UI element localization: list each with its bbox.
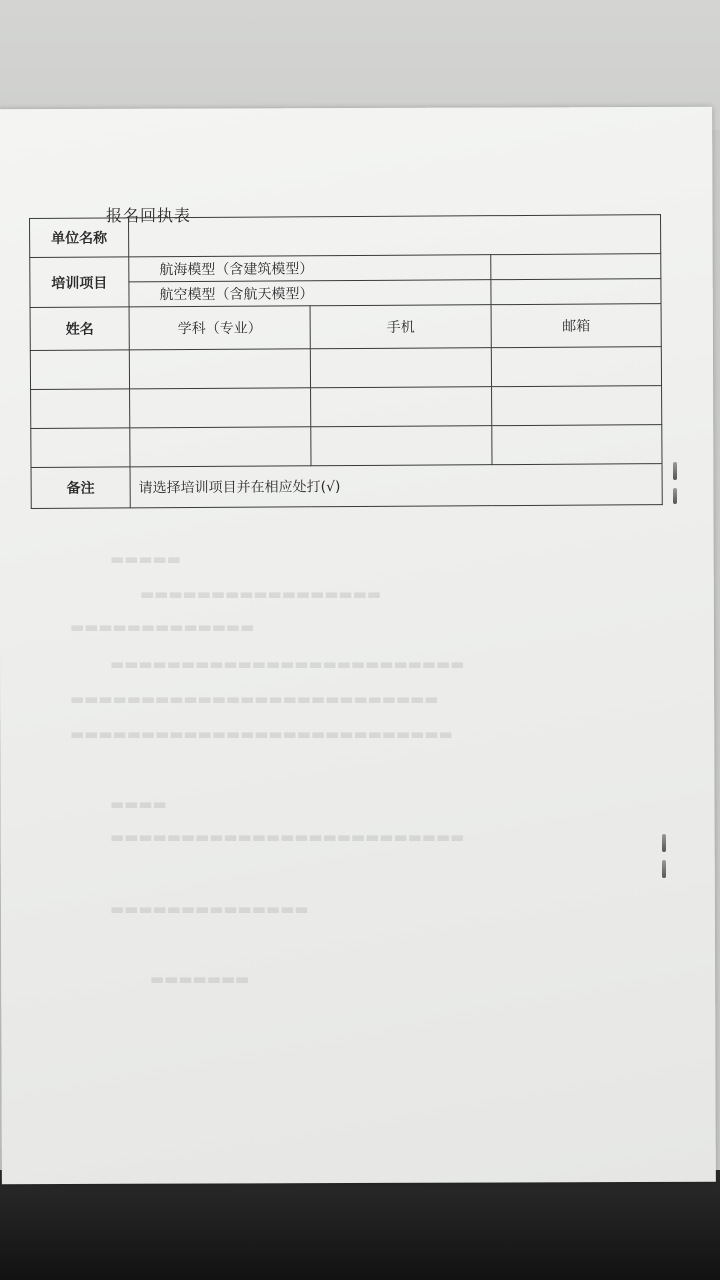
phone-field[interactable]	[310, 348, 491, 388]
note-label: 备注	[31, 467, 130, 509]
bleed-through-text: ▬▬▬▬▬▬▬▬▬▬▬▬▬	[70, 618, 254, 636]
bleed-through-text: ▬▬▬▬	[110, 795, 167, 813]
background-floor	[0, 1170, 720, 1280]
project-check-navigation[interactable]	[491, 254, 661, 280]
subject-field[interactable]	[129, 349, 310, 389]
table-row	[30, 347, 661, 390]
bleed-through-text: ▬▬▬▬▬▬▬▬▬▬▬▬▬▬▬▬▬▬▬▬▬▬▬▬▬	[110, 655, 464, 673]
header-row: 姓名 学科（专业） 手机 邮箱	[30, 304, 661, 351]
bleed-through-text: ▬▬▬▬▬▬▬▬▬▬▬▬▬▬▬▬▬	[140, 585, 381, 603]
bleed-through-text: ▬▬▬▬▬	[110, 550, 181, 568]
bleed-through-text: ▬▬▬▬▬▬▬	[150, 970, 249, 988]
column-header-phone: 手机	[310, 305, 491, 349]
staple-icon	[673, 462, 677, 480]
email-field[interactable]	[492, 386, 662, 426]
table-row	[31, 425, 662, 468]
note-row: 备注 请选择培训项目并在相应处打(√)	[31, 464, 662, 509]
bleed-through-text: ▬▬▬▬▬▬▬▬▬▬▬▬▬▬▬▬▬▬▬▬▬▬▬▬▬▬	[70, 690, 438, 708]
email-field[interactable]	[491, 347, 661, 387]
registration-form-table: 单位名称 培训项目 航海模型（含建筑模型） 航空模型（含航天模型） 姓名 学科（…	[29, 214, 663, 509]
subject-field[interactable]	[130, 427, 311, 467]
bleed-through-text: ▬▬▬▬▬▬▬▬▬▬▬▬▬▬▬▬▬▬▬▬▬▬▬▬▬▬▬	[70, 725, 453, 743]
project-check-aviation[interactable]	[491, 279, 661, 305]
bleed-through-text: ▬▬▬▬▬▬▬▬▬▬▬▬▬▬▬▬▬▬▬▬▬▬▬▬▬	[110, 828, 464, 846]
project-label: 培训项目	[30, 257, 129, 308]
unit-name-field[interactable]	[129, 215, 661, 257]
unit-row: 单位名称	[30, 215, 661, 258]
project-option-navigation: 航海模型（含建筑模型）	[129, 255, 491, 282]
name-field[interactable]	[31, 428, 130, 468]
column-header-name: 姓名	[30, 307, 129, 351]
name-field[interactable]	[30, 350, 129, 390]
bleed-through-text: ▬▬▬▬▬▬▬▬▬▬▬▬▬▬	[110, 900, 308, 918]
phone-field[interactable]	[311, 387, 492, 427]
staple-icon	[673, 488, 677, 504]
column-header-email: 邮箱	[491, 304, 661, 348]
project-option-aviation: 航空模型（含航天模型）	[129, 280, 491, 307]
table-row	[31, 386, 662, 429]
email-field[interactable]	[492, 425, 662, 465]
subject-field[interactable]	[130, 388, 311, 428]
staple-icon	[662, 860, 666, 878]
column-header-subject: 学科（专业）	[129, 306, 310, 350]
project-row: 培训项目 航海模型（含建筑模型）	[30, 254, 661, 283]
unit-label: 单位名称	[30, 218, 129, 258]
note-text: 请选择培训项目并在相应处打(√)	[130, 464, 662, 508]
phone-field[interactable]	[311, 426, 492, 466]
name-field[interactable]	[31, 389, 130, 429]
staple-icon	[662, 834, 666, 852]
